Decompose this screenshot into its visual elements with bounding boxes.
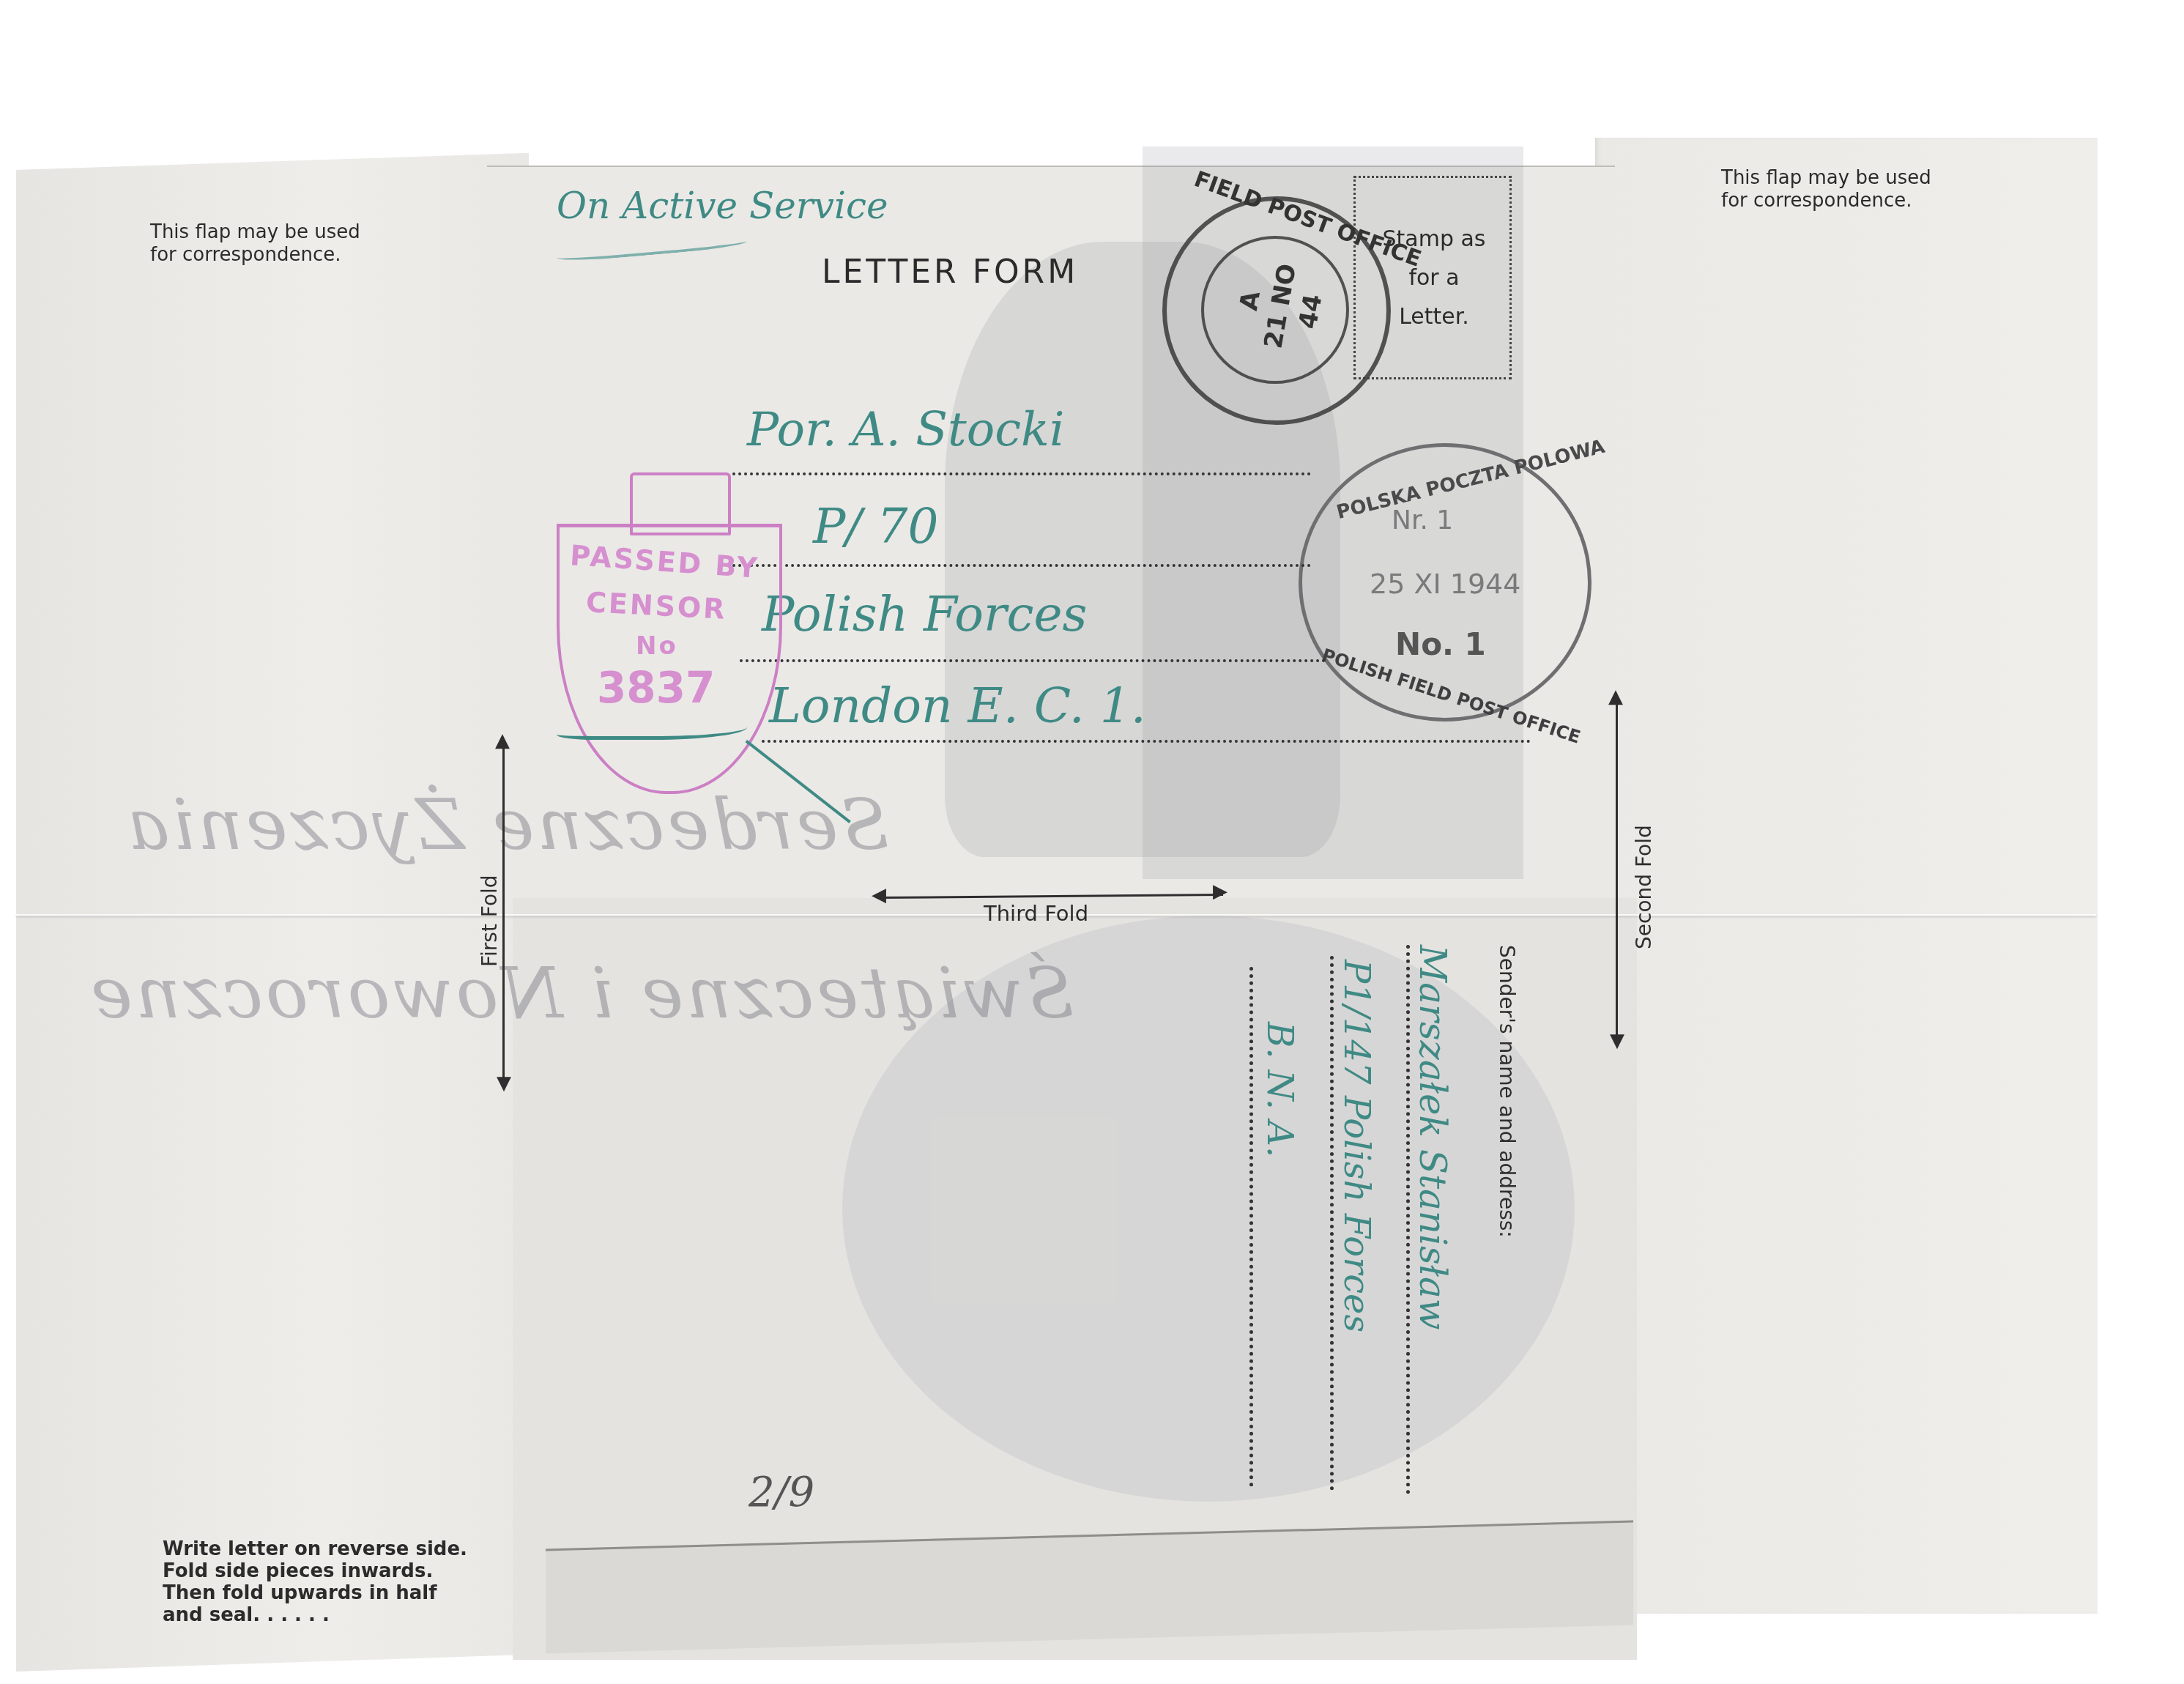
sender-country: B. N. A. [1259, 1022, 1300, 1157]
pencil-note: 2/9 [749, 1469, 814, 1516]
address-rule-2 [732, 564, 1311, 567]
third-fold-arrow-left-icon: ◀ [872, 886, 886, 905]
address-rule-4 [762, 740, 1531, 743]
left-flap-note: This flap may be used for correspondence… [150, 221, 360, 267]
address-unit: P/ 70 [813, 498, 939, 554]
left-flap [16, 153, 529, 1672]
censor-line-3: No [636, 631, 678, 661]
sender-rule-1 [1406, 945, 1410, 1494]
second-fold-arrow-down-icon: ▼ [1610, 1031, 1624, 1050]
first-fold-arrow-up-icon: ▲ [495, 731, 510, 750]
censor-number: 3837 [597, 663, 715, 713]
field-post-date: A 21 NO 44 [1227, 256, 1333, 357]
first-fold-line [502, 740, 505, 1084]
first-fold-label: First Fold [478, 875, 502, 967]
polish-fpo-date: 25 XI 1944 [1370, 568, 1520, 600]
polish-fpo-number-bottom: No. 1 [1395, 626, 1486, 662]
right-flap-note: This flap may be used for correspondence… [1721, 167, 1931, 212]
second-fold-arrow-up-icon: ▲ [1608, 687, 1623, 706]
second-fold-label: Second Fold [1632, 825, 1656, 949]
sender-rule-3 [1249, 967, 1253, 1487]
censor-signature [557, 714, 747, 740]
second-fold-line [1616, 696, 1618, 1040]
on-active-service: On Active Service [557, 185, 888, 227]
polish-fpo-number-top: Nr. 1 [1392, 505, 1453, 535]
letter-form-title: LETTER FORM [822, 253, 1078, 291]
address-name: Por. A. Stocki [747, 403, 1064, 457]
address-city: London E. C. 1. [769, 678, 1146, 734]
third-fold-arrow-right-icon: ▶ [1213, 882, 1227, 901]
show-through-line-2: Świąteczne i Noworoczne [88, 952, 1074, 1034]
sender-unit: P1/147 Polish Forces [1336, 960, 1377, 1332]
sender-rule-2 [1330, 956, 1334, 1491]
address-rule-3 [740, 659, 1326, 662]
sender-name: Marszałek Stanisław [1411, 945, 1454, 1330]
address-rule-1 [732, 472, 1311, 475]
sender-label: Sender's name and address: [1495, 945, 1519, 1238]
third-fold-label: Third Fold [984, 901, 1088, 926]
fold-instructions: Write letter on reverse side. Fold side … [163, 1538, 467, 1626]
first-fold-arrow-down-icon: ▼ [497, 1074, 511, 1093]
address-forces: Polish Forces [762, 586, 1087, 642]
show-through-line-1: Serdeczne Życzenia [125, 784, 889, 866]
right-flap [1595, 138, 2098, 1614]
